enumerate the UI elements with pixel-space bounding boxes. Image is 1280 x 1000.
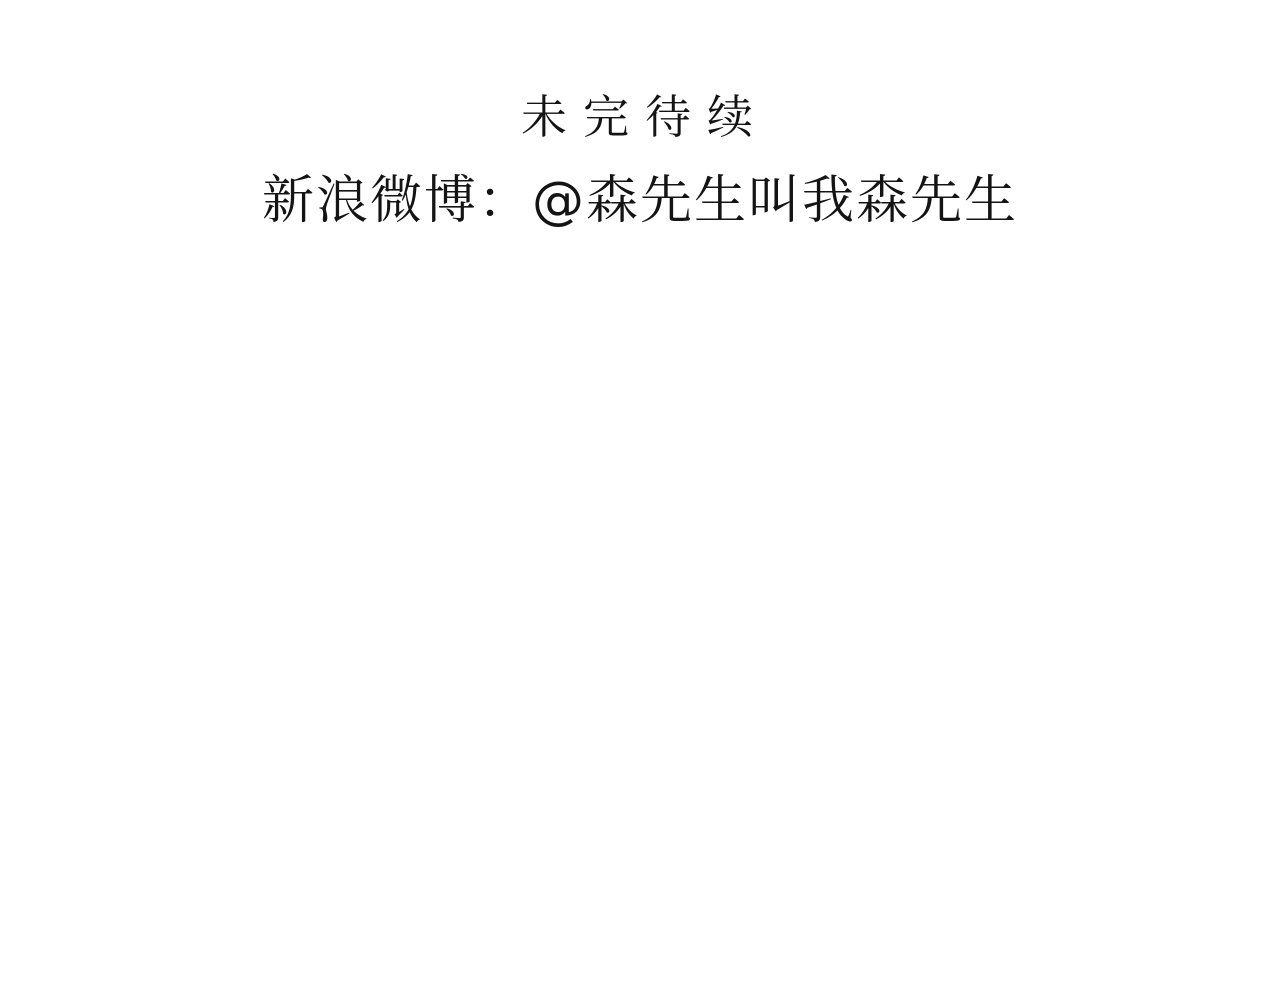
comic-ending-page: 未完待续 新浪微博：@森先生叫我森先生 [0,0,1280,1000]
weibo-credit-text: 新浪微博：@森先生叫我森先生 [0,166,1280,236]
to-be-continued-text: 未完待续 [0,90,1280,145]
